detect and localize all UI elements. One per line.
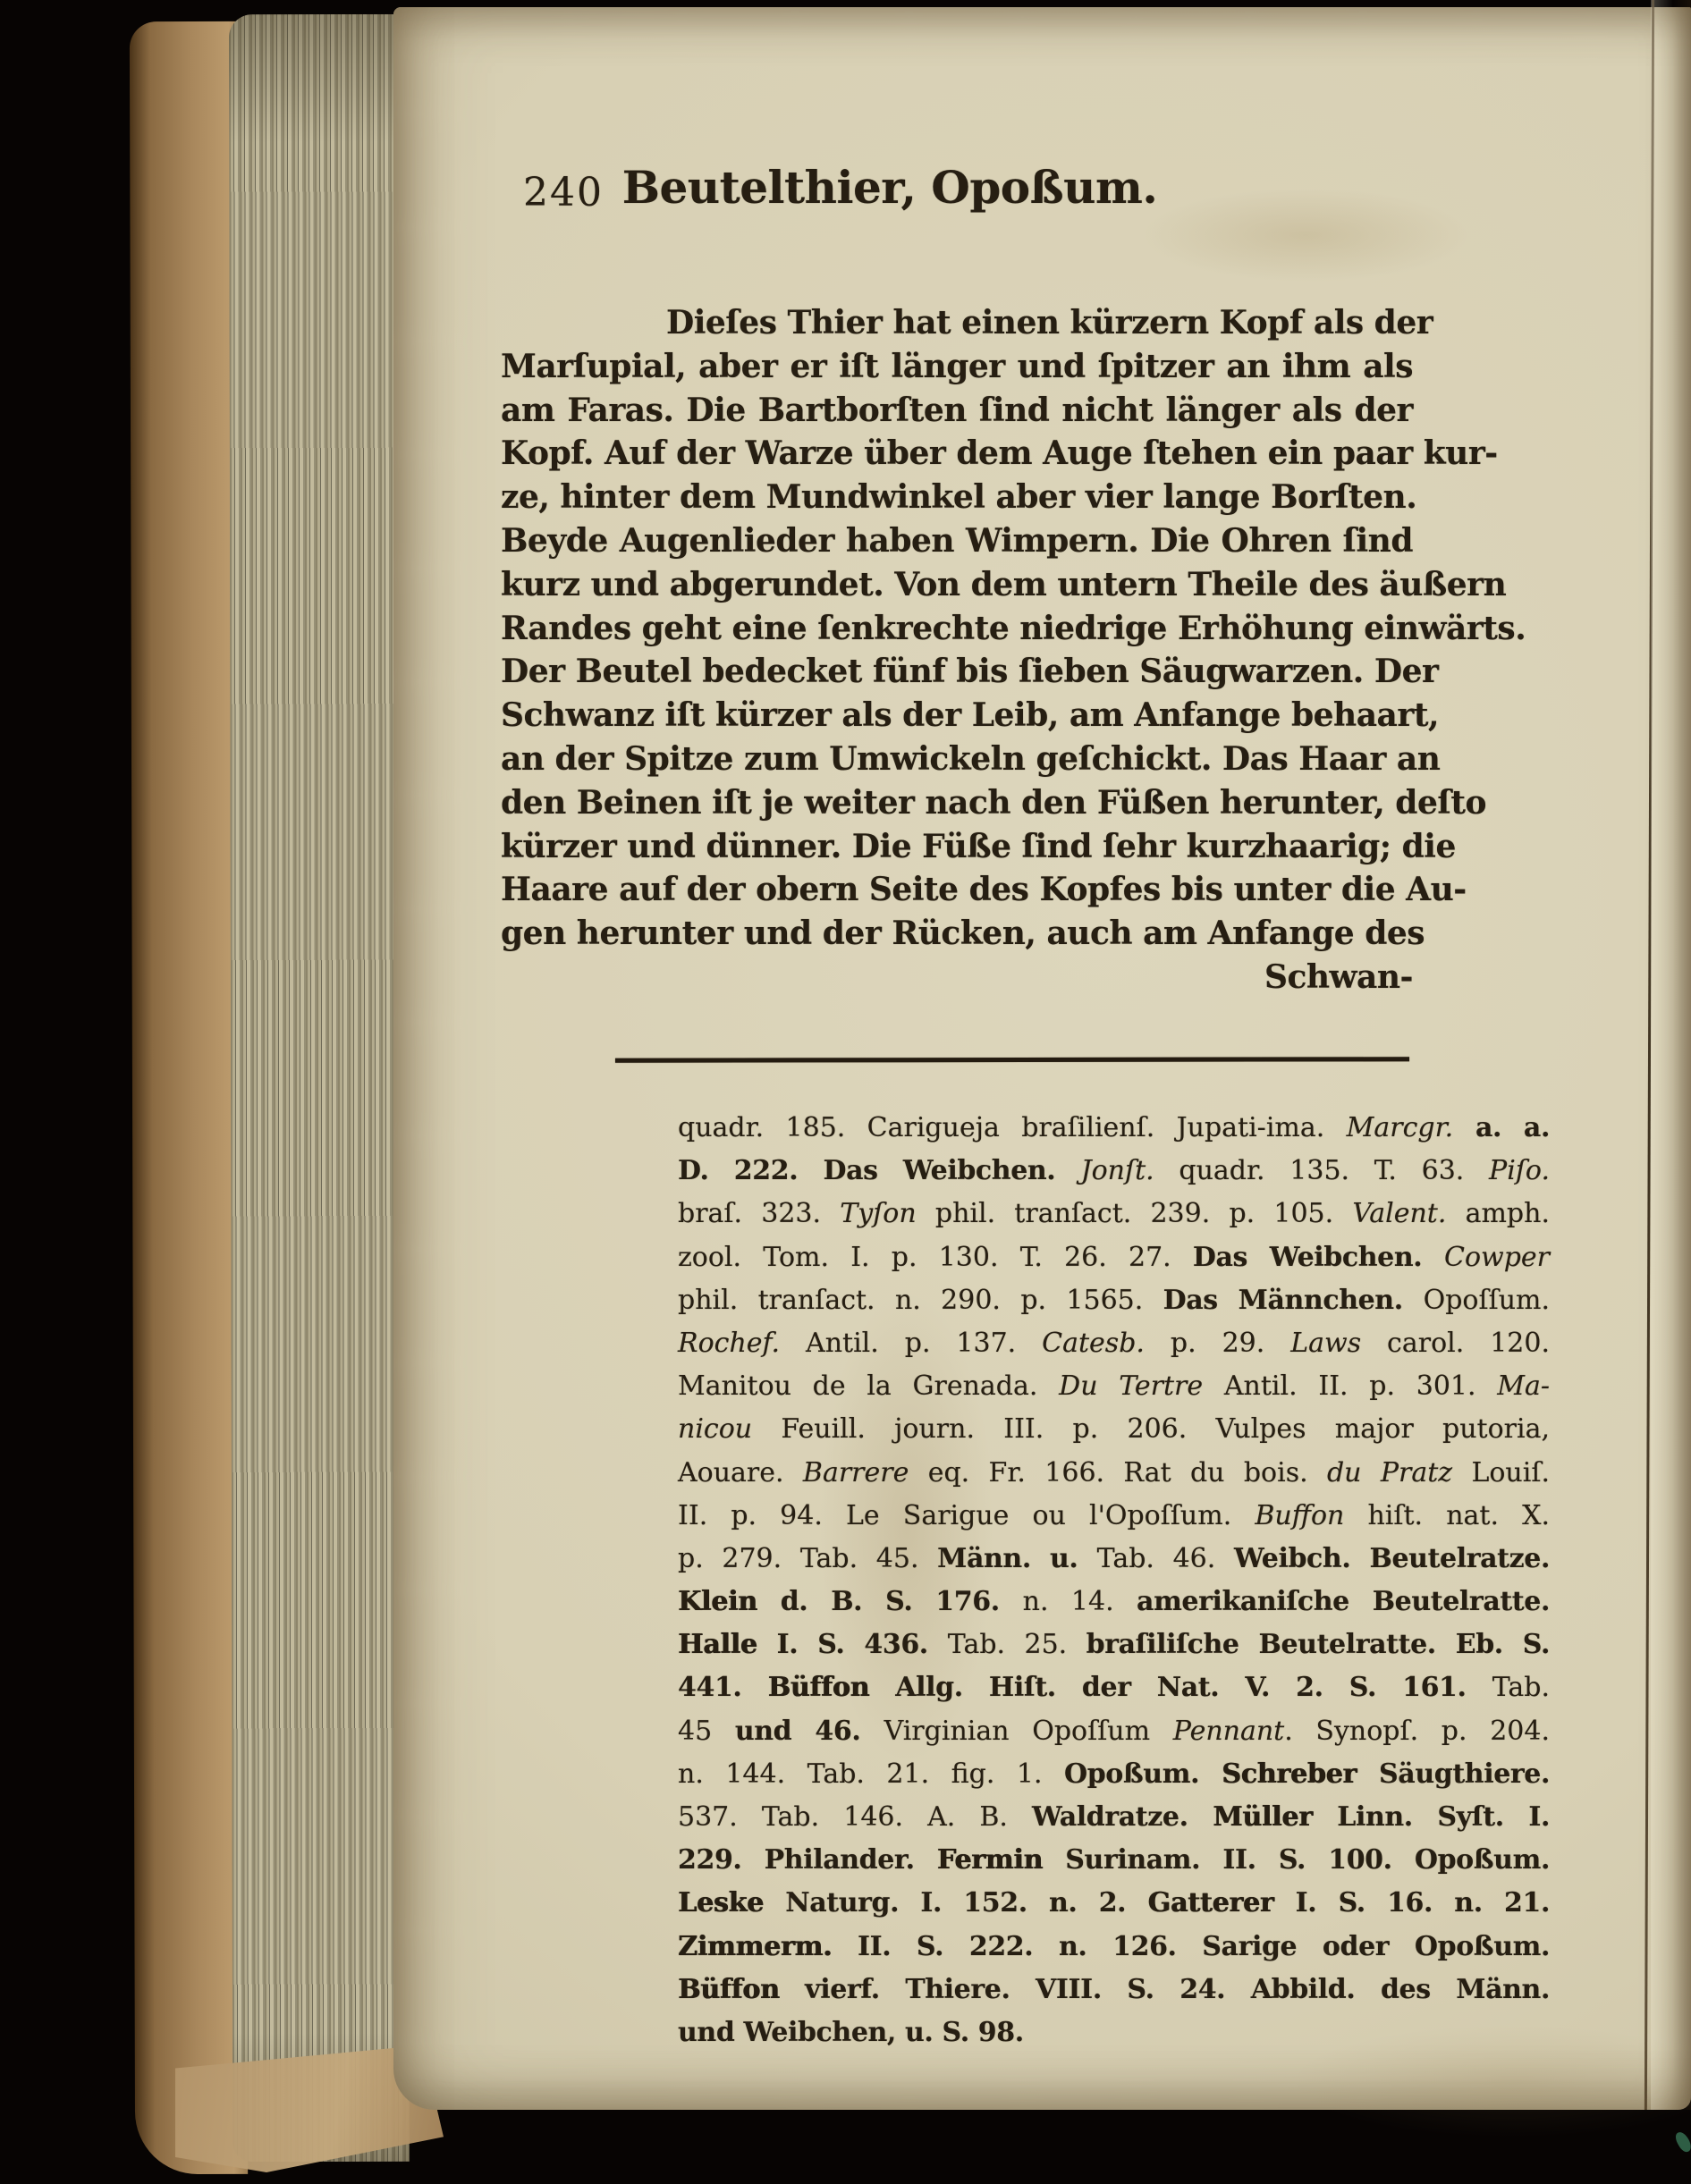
body-line: Schwanz iſt kürzer als der Leib, am Anfa… bbox=[501, 694, 1413, 738]
footnote-segment: carol. 120. bbox=[1361, 1328, 1550, 1359]
footnote-segment: Rochef. bbox=[678, 1328, 780, 1359]
footnote-segment: Barrere bbox=[803, 1457, 909, 1488]
footnote-segment: Ma- bbox=[1497, 1370, 1550, 1402]
footnote-segment: amerikaniſche Beutelratte. bbox=[1137, 1586, 1550, 1617]
footnote-line: 229. Philander. Fermin Surinam. II. S. 1… bbox=[678, 1839, 1550, 1882]
body-line: den Beinen iſt je weiter nach den Füßen … bbox=[501, 781, 1413, 825]
body-line: gen herunter und der Rücken, auch am Anf… bbox=[501, 912, 1413, 956]
footnote-segment: a. a. bbox=[1453, 1112, 1550, 1143]
footnote-segment: II. S. 222. n. 126. Sarige oder Opoßum. bbox=[832, 1931, 1550, 1962]
body-line: kurz und abgerundet. Von dem untern Thei… bbox=[501, 563, 1413, 607]
footnote-segment: Büffon bbox=[768, 1672, 870, 1703]
footnote-segment: Gatterer bbox=[1147, 1887, 1273, 1918]
footnote-segment: Antil. p. 137. bbox=[780, 1328, 1042, 1359]
footnote-line: phil. tranſact. n. 290. p. 1565. Das Män… bbox=[678, 1279, 1550, 1322]
footnote-line: nicou Feuill. journ. III. p. 206. Vulpes… bbox=[678, 1408, 1550, 1451]
footnote-segment: Jonſt. bbox=[1081, 1155, 1154, 1186]
running-header: Beutelthier, Opoßum. bbox=[621, 161, 1158, 214]
footnote-segment: Leske bbox=[678, 1887, 764, 1918]
footnote-segment: d. B. S. 176. bbox=[757, 1586, 1023, 1617]
body-line: Beyde Augenlieder haben Wimpern. Die Ohr… bbox=[501, 519, 1413, 563]
body-line: am Faras. Die Bartborſten ſind nicht län… bbox=[501, 389, 1413, 433]
footnote-segment: Laws bbox=[1290, 1328, 1361, 1359]
footnote-segment: quadr. 135. T. 63. bbox=[1154, 1155, 1489, 1186]
footnote-segment: Tab. bbox=[1492, 1672, 1550, 1703]
body-line: Marſupial, aber er iſt länger und ſpitze… bbox=[501, 345, 1413, 389]
footnote-line: D. 222. Das Weibchen. Jonſt. quadr. 135.… bbox=[678, 1150, 1550, 1193]
footnote-segment: Marcgr. bbox=[1347, 1112, 1454, 1143]
footnote-segment: Piſo. bbox=[1489, 1155, 1550, 1186]
footnote-line: Zimmerm. II. S. 222. n. 126. Sarige oder… bbox=[678, 1926, 1550, 1969]
footnote-segment: Männ. u. bbox=[937, 1543, 1096, 1574]
body-line: Randes geht eine ſenkrechte niedrige Erh… bbox=[501, 607, 1413, 651]
footnote-line: Rochef. Antil. p. 137. Catesb. p. 29. La… bbox=[678, 1322, 1550, 1365]
page-stack-edge bbox=[229, 14, 410, 2162]
footnote-segment: Opoſſum. bbox=[1424, 1285, 1550, 1316]
footnote-segment: und 46. bbox=[735, 1716, 884, 1747]
footnote-line: p. 279. Tab. 45. Männ. u. Tab. 46. Weibc… bbox=[678, 1538, 1550, 1581]
footnote-segment: n. 14. bbox=[1023, 1586, 1137, 1617]
footnote-segment: n. 144. Tab. 21. fig. 1. bbox=[678, 1758, 1064, 1790]
body-line: ze, hinter dem Mundwinkel aber vier lang… bbox=[501, 476, 1413, 519]
footnote-segment: Fermin bbox=[937, 1844, 1043, 1876]
footnote-line: Leske Naturg. I. 152. n. 2. Gatterer I. … bbox=[678, 1882, 1550, 1925]
footnote-line: 537. Tab. 146. A. B. Waldratze. Müller L… bbox=[678, 1796, 1550, 1839]
footnote-segment: nicou bbox=[678, 1413, 752, 1445]
footnote-line: 45 und 46. Virginian Opoſſum Pennant. Sy… bbox=[678, 1710, 1550, 1753]
footnote-segment: Müller bbox=[1213, 1801, 1313, 1833]
footnote-segment: du Pratz bbox=[1327, 1457, 1452, 1488]
footnote-segment: Das Weibchen. bbox=[1193, 1242, 1444, 1273]
body-line: Dieſes Thier hat einen kürzern Kopf als … bbox=[501, 301, 1413, 345]
footnote-segment: Klein bbox=[678, 1586, 757, 1617]
footnote-segment: Surinam. II. S. 100. Opoßum. bbox=[1043, 1844, 1550, 1876]
footnote-segment: Weibch. Beutelratze. bbox=[1234, 1543, 1550, 1574]
footnote-segment: Catesb. bbox=[1042, 1328, 1145, 1359]
footnote-segment: Opoßum. bbox=[1064, 1758, 1222, 1790]
footnotes: quadr. 185. Carigueja braſilienſ. Jupati… bbox=[678, 1107, 1550, 2054]
footnote-segment: phil. tranſact. 239. p. 105. bbox=[917, 1198, 1353, 1229]
footnote-segment: . Synopſ. p. 204. bbox=[1284, 1716, 1550, 1747]
footnote-segment: Allg. Hiſt. der Nat. V. 2. S. 161. bbox=[869, 1672, 1492, 1703]
footnote-segment: braſ. 323. bbox=[678, 1198, 840, 1229]
footnote-segment: p. 29. bbox=[1145, 1328, 1290, 1359]
page-number: 240 bbox=[523, 170, 604, 215]
footnote-segment: Säugthiere. bbox=[1357, 1758, 1550, 1790]
footnote-segment: Naturg. I. 152. n. 2. bbox=[764, 1887, 1148, 1918]
body-line: an der Spitze zum Umwickeln geſchickt. D… bbox=[501, 738, 1413, 781]
footnote-segment: Feuill. journ. III. p. 206. Vulpes major… bbox=[752, 1413, 1550, 1445]
footnote-line: 441. Büffon Allg. Hiſt. der Nat. V. 2. S… bbox=[678, 1666, 1550, 1709]
footnote-segment: p. 279. Tab. 45. bbox=[678, 1543, 937, 1574]
footnote-line: zool. Tom. I. p. 130. T. 26. 27. Das Wei… bbox=[678, 1236, 1550, 1279]
footnote-segment: Antil. II. p. 301. bbox=[1203, 1370, 1497, 1402]
footnote-segment: I. S. 16. n. 21. bbox=[1273, 1887, 1550, 1918]
footnote-segment: Aouare. bbox=[678, 1457, 803, 1488]
footnote-segment: Das Männchen. bbox=[1163, 1285, 1424, 1316]
scan-background: 240 Beutelthier, Opoßum. Dieſes Thier ha… bbox=[0, 0, 1691, 2184]
footnote-segment: und Weibchen, u. S. 98. bbox=[678, 2017, 1024, 2048]
footnote-segment: Valent. bbox=[1352, 1198, 1446, 1229]
debris-mark bbox=[1673, 2129, 1691, 2154]
footnote-line: und Weibchen, u. S. 98. bbox=[678, 2011, 1550, 2054]
footnote-line: braſ. 323. Tyſon phil. tranſact. 239. p.… bbox=[678, 1193, 1550, 1235]
footnote-segment: I. S. 436. bbox=[757, 1629, 948, 1660]
footnote-segment: Virginian Opoſſum bbox=[884, 1716, 1173, 1747]
footnote-segment: Cowper bbox=[1444, 1242, 1550, 1273]
footnote-segment: Louiſ. bbox=[1452, 1457, 1550, 1488]
footnote-segment: braſiliſche Beutelratte. Eb. S. bbox=[1086, 1629, 1550, 1660]
footnote-segment: Linn. Syſt. I. bbox=[1313, 1801, 1550, 1833]
body-line: Haare auf der obern Seite des Kopfes bis… bbox=[501, 868, 1413, 912]
footnote-line: Aouare. Barrere eq. Fr. 166. Rat du bois… bbox=[678, 1452, 1550, 1495]
footnote-segment: Manitou de la Grenada. bbox=[678, 1370, 1059, 1402]
footnote-line: n. 144. Tab. 21. fig. 1. Opoßum. Schrebe… bbox=[678, 1753, 1550, 1796]
body-line: Kopf. Auf der Warze über dem Auge ſtehen… bbox=[501, 432, 1413, 476]
footnote-segment: vierf. Thiere. VIII. S. 24. Abbild. des … bbox=[780, 1974, 1550, 2005]
footnote-segment: D. 222. Das Weibchen. bbox=[678, 1155, 1081, 1186]
body-line: Der Beutel bedecket fünf bis ſieben Säug… bbox=[501, 650, 1413, 694]
footnote-line: Büffon vierf. Thiere. VIII. S. 24. Abbil… bbox=[678, 1969, 1550, 2011]
footnote-segment: Tab. 25. bbox=[948, 1629, 1086, 1660]
footnote-segment: Buffon bbox=[1255, 1500, 1344, 1531]
footnote-segment: eq. Fr. 166. Rat du bois. bbox=[909, 1457, 1327, 1488]
footnote-line: Manitou de la Grenada. Du Tertre Antil. … bbox=[678, 1365, 1550, 1408]
footnote-segment: hiſt. nat. X. bbox=[1344, 1500, 1550, 1531]
footnote-segment: 45 bbox=[678, 1716, 735, 1747]
footnote-segment: Waldratze. bbox=[1032, 1801, 1213, 1833]
footnote-segment: II. p. 94. Le Sarigue ou l'Opoſſum. bbox=[678, 1500, 1255, 1531]
footnote-segment: Zimmerm. bbox=[678, 1931, 832, 1962]
page-crease-shade bbox=[1651, 0, 1691, 2110]
footnote-segment: quadr. 185. Carigueja braſilienſ. Jupati… bbox=[678, 1112, 1347, 1143]
footnote-segment: 537. Tab. 146. A. B. bbox=[678, 1801, 1032, 1833]
footnote-segment: 441. bbox=[678, 1672, 768, 1703]
footnote-segment: 229. Philander. bbox=[678, 1844, 937, 1876]
footnote-segment: Tyſon bbox=[840, 1198, 916, 1229]
footnote-line: Halle I. S. 436. Tab. 25. braſiliſche Be… bbox=[678, 1623, 1550, 1666]
footnote-line: quadr. 185. Carigueja braſilienſ. Jupati… bbox=[678, 1107, 1550, 1150]
footnote-segment: Halle bbox=[678, 1629, 757, 1660]
body-text: Dieſes Thier hat einen kürzern Kopf als … bbox=[501, 301, 1413, 956]
body-line: kürzer und dünner. Die Füße ſind ſehr ku… bbox=[501, 825, 1413, 869]
footnote-line: II. p. 94. Le Sarigue ou l'Opoſſum. Buff… bbox=[678, 1495, 1550, 1538]
footnote-segment: phil. tranſact. n. 290. p. 1565. bbox=[678, 1285, 1163, 1316]
footnote-segment: Pennant bbox=[1173, 1716, 1285, 1747]
catchword: Schwan- bbox=[501, 958, 1413, 996]
footnote-line: Klein d. B. S. 176. n. 14. amerikaniſche… bbox=[678, 1581, 1550, 1623]
footnote-segment: Tab. 46. bbox=[1097, 1543, 1234, 1574]
footnote-segment: Büffon bbox=[678, 1974, 780, 2005]
footnote-segment: Schreber bbox=[1222, 1758, 1357, 1790]
footnote-segment: Du Tertre bbox=[1059, 1370, 1203, 1402]
footnote-segment: amph. bbox=[1446, 1198, 1550, 1229]
footnote-segment: zool. Tom. I. p. 130. T. 26. 27. bbox=[678, 1242, 1193, 1273]
